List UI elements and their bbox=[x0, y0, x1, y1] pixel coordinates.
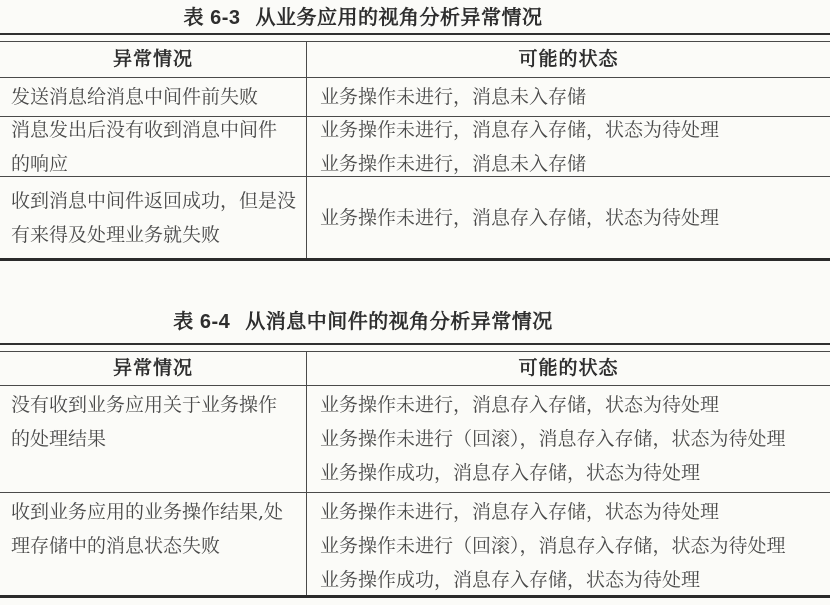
states-cell: 业务操作未进行，消息存入存储，状态为待处理 业务操作未进行（回滚），消息存入存储… bbox=[307, 386, 830, 492]
states-cell: 业务操作未进行，消息存入存储，状态为待处理 bbox=[307, 177, 830, 258]
states-cell: 业务操作未进行，消息存入存储，状态为待处理 业务操作未进行（回滚），消息存入存储… bbox=[307, 493, 830, 595]
exception-cell: 没有收到业务应用关于业务操作 的处理结果 bbox=[0, 386, 307, 492]
double-rule-gap bbox=[0, 345, 830, 352]
book-page: 表 6-3从业务应用的视角分析异常情况 异常情况 可能的状态 发送消息给消息中间… bbox=[0, 6, 830, 605]
table-6-3-caption: 表 6-3从业务应用的视角分析异常情况 bbox=[0, 6, 778, 30]
exception-cell: 消息发出后没有收到消息中间件 的响应 bbox=[0, 117, 307, 176]
table-row: 没有收到业务应用关于业务操作 的处理结果 业务操作未进行，消息存入存储，状态为待… bbox=[0, 386, 830, 493]
column-header-exception: 异常情况 bbox=[0, 352, 307, 385]
exception-cell: 收到业务应用的业务操作结果,处 理存储中的消息状态失败 bbox=[0, 493, 307, 595]
column-header-states: 可能的状态 bbox=[307, 352, 830, 385]
column-header-exception: 异常情况 bbox=[0, 42, 307, 77]
column-header-states: 可能的状态 bbox=[307, 42, 830, 77]
double-rule-gap bbox=[0, 35, 830, 42]
states-cell: 业务操作未进行，消息未入存储 bbox=[307, 78, 830, 116]
table-6-4-header-row: 异常情况 可能的状态 bbox=[0, 352, 830, 386]
table-row: 收到消息中间件返回成功，但是没 有来得及处理业务就失败 业务操作未进行，消息存入… bbox=[0, 177, 830, 258]
table-row: 消息发出后没有收到消息中间件 的响应 业务操作未进行，消息存入存储，状态为待处理… bbox=[0, 117, 830, 177]
exception-cell: 发送消息给消息中间件前失败 bbox=[0, 78, 307, 116]
table-6-3-title: 从业务应用的视角分析异常情况 bbox=[255, 7, 542, 29]
table-6-3-header-row: 异常情况 可能的状态 bbox=[0, 42, 830, 78]
table-row: 发送消息给消息中间件前失败 业务操作未进行，消息未入存储 bbox=[0, 78, 830, 117]
table-6-4: 异常情况 可能的状态 没有收到业务应用关于业务操作 的处理结果 业务操作未进行，… bbox=[0, 343, 830, 598]
table-6-3-label: 表 6-3 bbox=[184, 7, 241, 29]
exception-cell: 收到消息中间件返回成功，但是没 有来得及处理业务就失败 bbox=[0, 177, 307, 258]
table-row: 收到业务应用的业务操作结果,处 理存储中的消息状态失败 业务操作未进行，消息存入… bbox=[0, 493, 830, 595]
states-cell: 业务操作未进行，消息存入存储，状态为待处理 业务操作未进行，消息未入存储 bbox=[307, 117, 830, 176]
table-6-4-title: 从消息中间件的视角分析异常情况 bbox=[245, 311, 553, 333]
table-6-4-label: 表 6-4 bbox=[173, 311, 230, 333]
table-6-3: 异常情况 可能的状态 发送消息给消息中间件前失败 业务操作未进行，消息未入存储 … bbox=[0, 33, 830, 261]
table-6-4-caption: 表 6-4从消息中间件的视角分析异常情况 bbox=[0, 310, 778, 334]
